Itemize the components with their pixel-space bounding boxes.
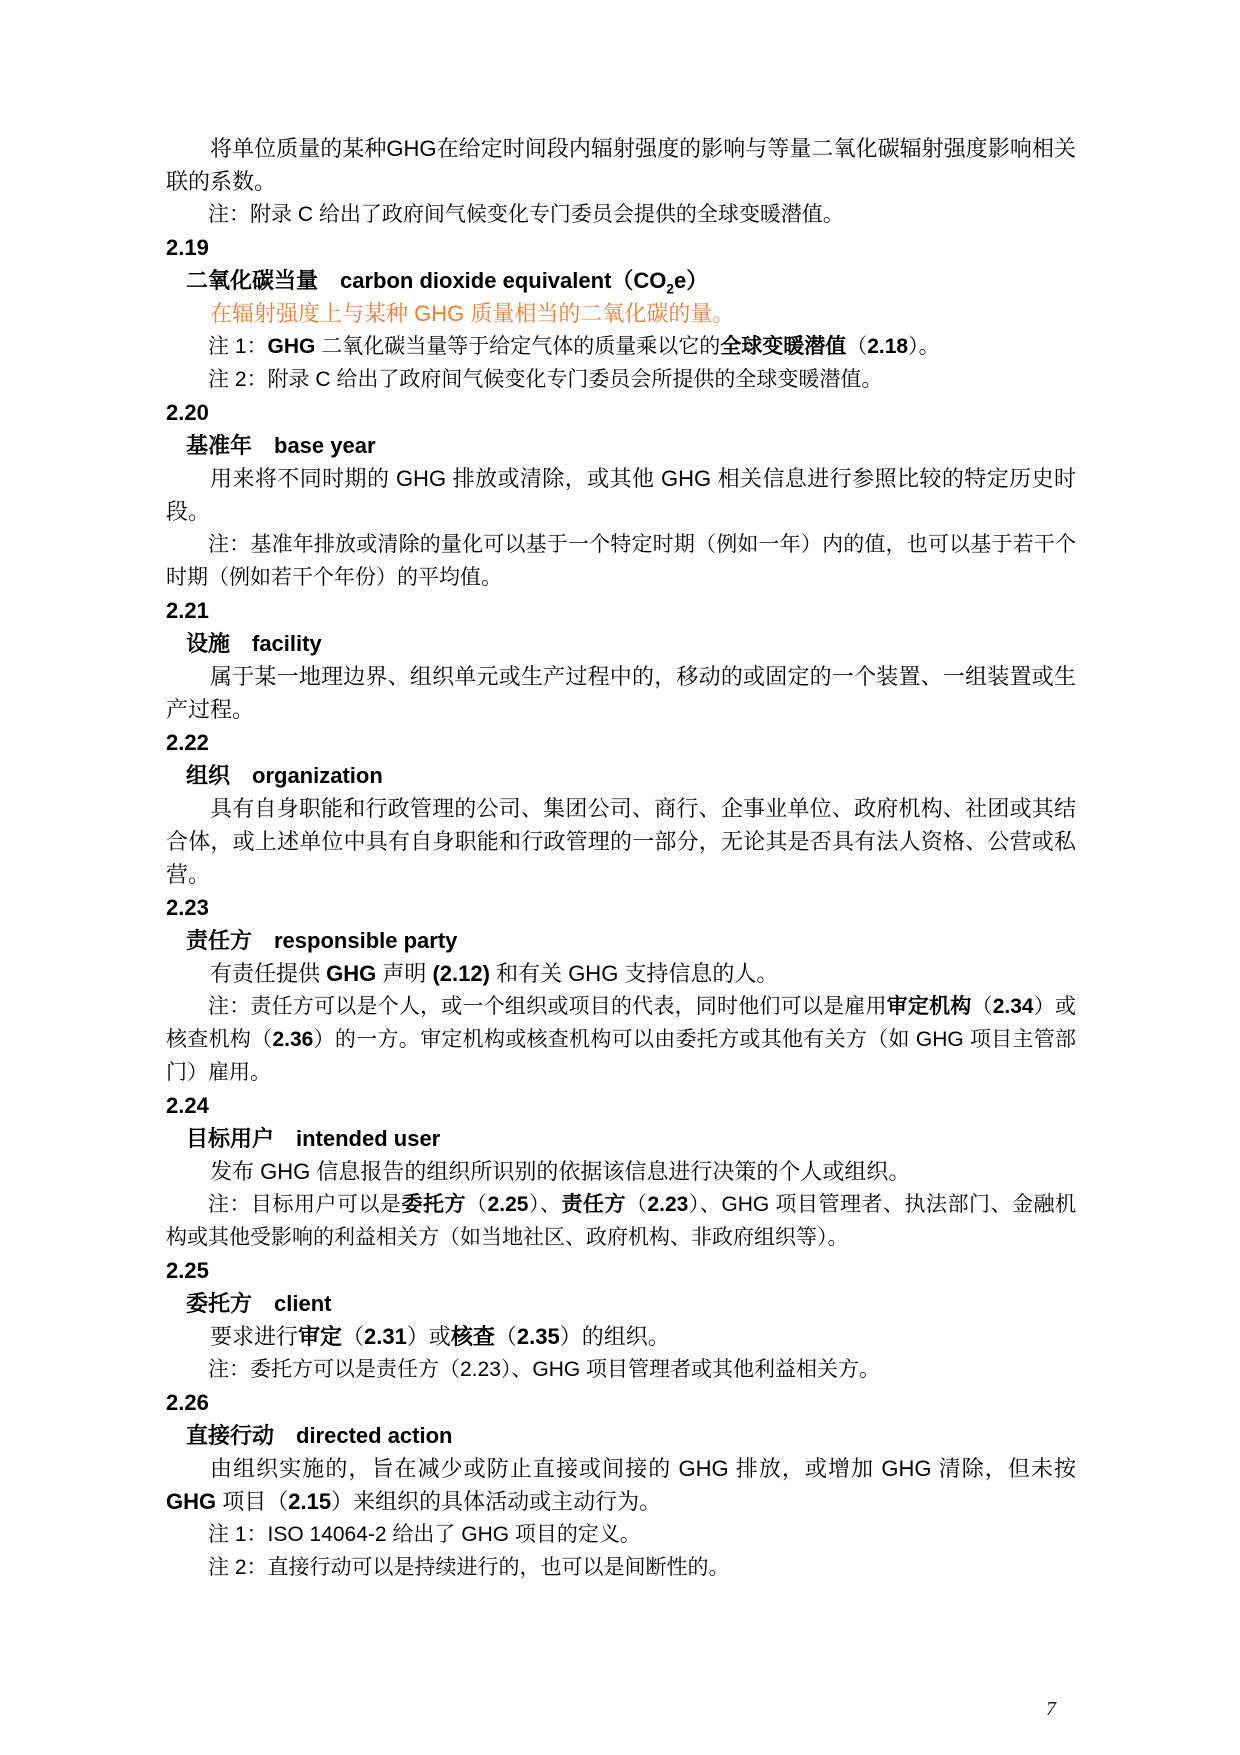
definition-highlight: 在辐射强度上与某种 GHG 质量相当的二氧化碳的量。 (166, 297, 1076, 330)
note: 注：基准年排放或清除的量化可以基于一个特定时期（例如一年）内的值，也可以基于若干… (166, 528, 1076, 594)
term-heading: 基准年 base year (166, 429, 1076, 462)
note: 注 2：附录 C 给出了政府间气候变化专门委员会所提供的全球变暖潜值。 (166, 363, 1076, 396)
document-body: 将单位质量的某种GHG在给定时间段内辐射强度的影响与等量二氧化碳辐射强度影响相关… (166, 132, 1076, 1584)
paragraph: 有责任提供 GHG 声明 (2.12) 和有关 GHG 支持信息的人。 (166, 957, 1076, 990)
page-number: 7 (1046, 1698, 1056, 1721)
term-heading: 责任方 responsible party (166, 924, 1076, 957)
section-number: 2.22 (166, 726, 1076, 759)
note: 注 1：GHG 二氧化碳当量等于给定气体的质量乘以它的全球变暖潜值（2.18）。 (166, 330, 1076, 363)
note: 注：目标用户可以是委托方（2.25）、责任方（2.23）、GHG 项目管理者、执… (166, 1188, 1076, 1254)
paragraph: 属于某一地理边界、组织单元或生产过程中的，移动的或固定的一个装置、一组装置或生产… (166, 660, 1076, 726)
paragraph: 将单位质量的某种GHG在给定时间段内辐射强度的影响与等量二氧化碳辐射强度影响相关… (166, 132, 1076, 198)
note: 注：委托方可以是责任方（2.23）、GHG 项目管理者或其他利益相关方。 (166, 1353, 1076, 1386)
term-heading: 委托方 client (166, 1287, 1076, 1320)
note: 注 1：ISO 14064-2 给出了 GHG 项目的定义。 (166, 1518, 1076, 1551)
section-number: 2.20 (166, 396, 1076, 429)
section-number: 2.23 (166, 891, 1076, 924)
term-heading: 组织 organization (166, 759, 1076, 792)
term-heading: 目标用户 intended user (166, 1122, 1076, 1155)
note: 注：附录 C 给出了政府间气候变化专门委员会提供的全球变暖潜值。 (166, 198, 1076, 231)
section-number: 2.26 (166, 1386, 1076, 1419)
section-number: 2.19 (166, 231, 1076, 264)
paragraph: 用来将不同时期的 GHG 排放或清除，或其他 GHG 相关信息进行参照比较的特定… (166, 462, 1076, 528)
paragraph: 具有自身职能和行政管理的公司、集团公司、商行、企事业单位、政府机构、社团或其结合… (166, 792, 1076, 891)
paragraph: 由组织实施的，旨在减少或防止直接或间接的 GHG 排放，或增加 GHG 清除，但… (166, 1452, 1076, 1518)
term-heading: 设施 facility (166, 627, 1076, 660)
section-number: 2.24 (166, 1089, 1076, 1122)
note: 注 2：直接行动可以是持续进行的，也可以是间断性的。 (166, 1551, 1076, 1584)
paragraph: 发布 GHG 信息报告的组织所识别的依据该信息进行决策的个人或组织。 (166, 1155, 1076, 1188)
section-number: 2.21 (166, 594, 1076, 627)
paragraph: 要求进行审定（2.31）或核查（2.35）的组织。 (166, 1320, 1076, 1353)
note: 注：责任方可以是个人，或一个组织或项目的代表，同时他们可以是雇用审定机构（2.3… (166, 990, 1076, 1089)
section-number: 2.25 (166, 1254, 1076, 1287)
term-heading: 二氧化碳当量 carbon dioxide equivalent（CO2e） (166, 264, 1076, 297)
document-page: 将单位质量的某种GHG在给定时间段内辐射强度的影响与等量二氧化碳辐射强度影响相关… (0, 0, 1240, 1755)
term-heading: 直接行动 directed action (166, 1419, 1076, 1452)
